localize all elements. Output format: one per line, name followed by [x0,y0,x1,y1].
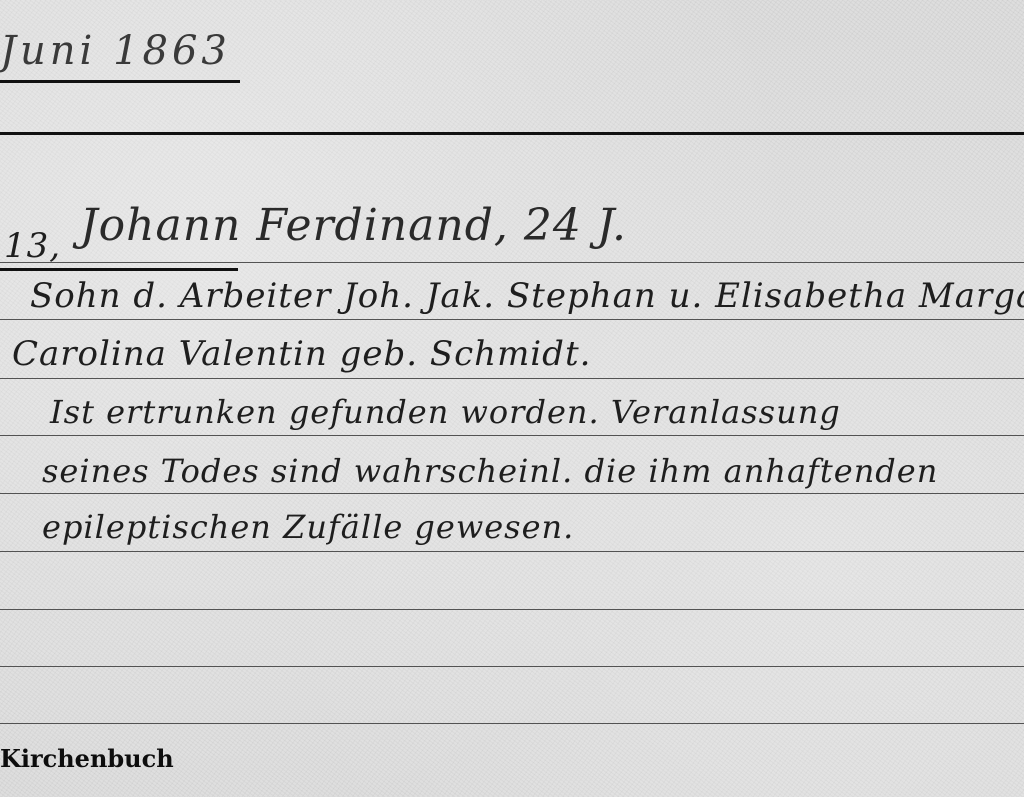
ruled-line [0,551,1024,552]
entry-number: 13, [4,226,61,266]
ruled-line [0,319,1024,320]
entry-name: Johann Ferdinand, 24 J. [80,200,627,251]
date-underline [0,80,240,83]
entry-text-line: seines Todes sind wahrscheinl. die ihm a… [42,452,938,490]
entry-text-line: Ist ertrunken gefunden worden. Veranlass… [50,393,841,431]
entry-text-line: Sohn d. Arbeiter Joh. Jak. Stephan u. El… [30,276,1024,316]
ruled-line [0,609,1024,610]
ruled-line [0,378,1024,379]
ruled-line [0,435,1024,436]
ruled-line [0,493,1024,494]
register-card: Juni 1863 13, Johann Ferdinand, 24 J. So… [0,0,1024,797]
header-divider [0,132,1024,135]
name-underline [0,268,238,271]
ruled-line [0,723,1024,724]
entry-text-line: Carolina Valentin geb. Schmidt. [12,334,591,374]
ruled-line [0,262,1024,263]
ruled-line [0,666,1024,667]
printed-label: Kirchenbuch [0,744,174,773]
entry-text-line: epileptischen Zufälle gewesen. [42,508,574,546]
date-header: Juni 1863 [0,28,231,74]
